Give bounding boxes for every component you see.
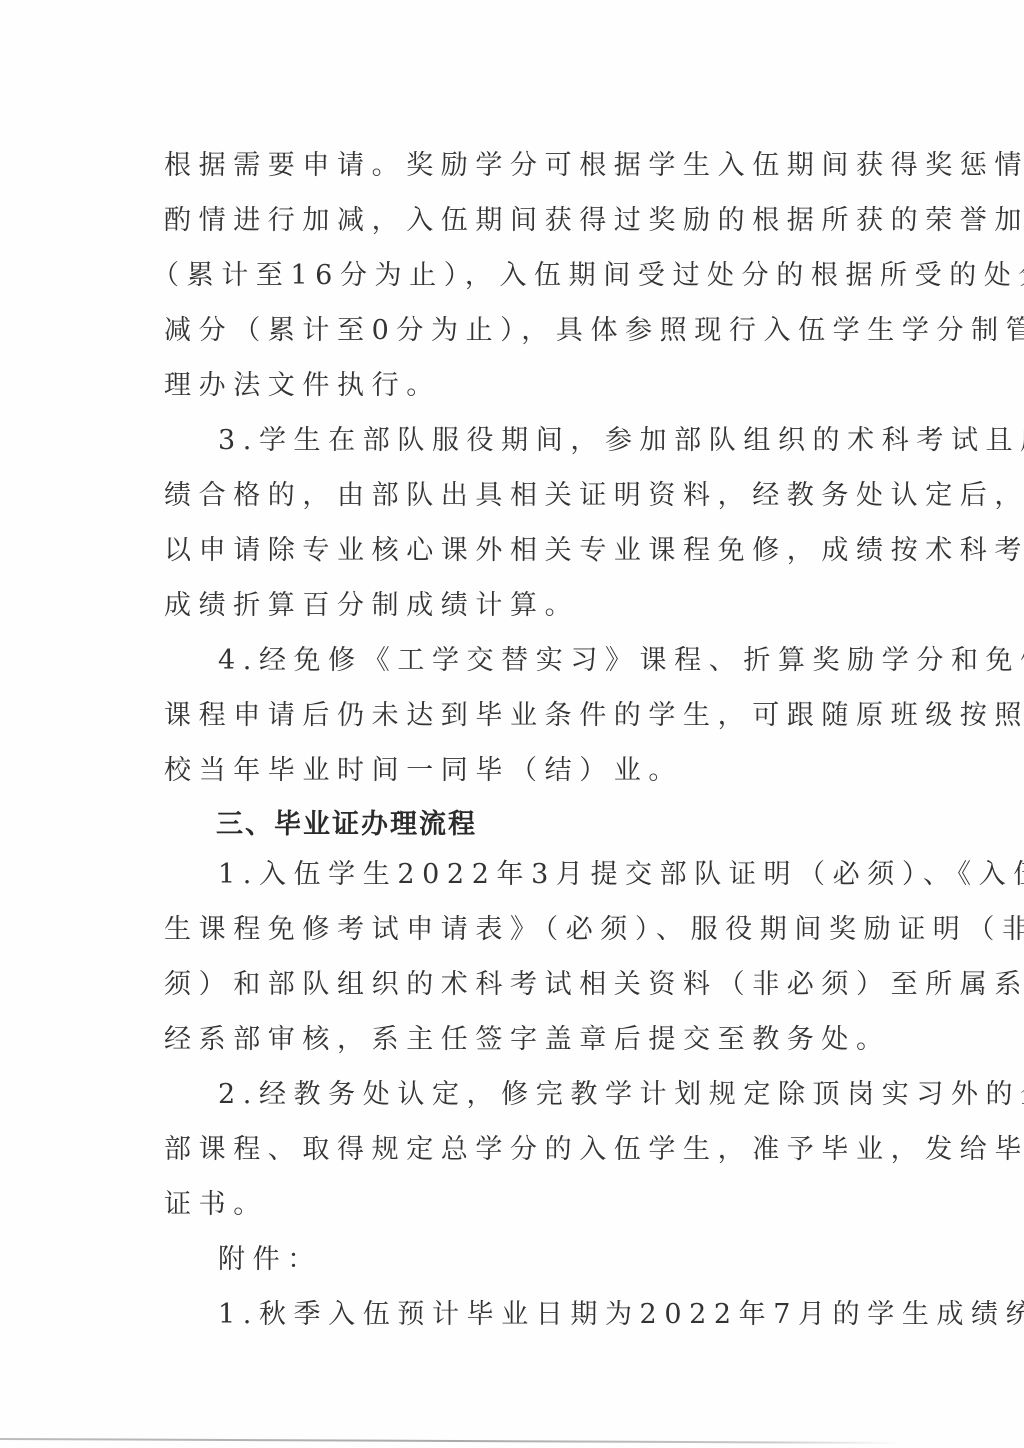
text-line: 以申请除专业核心课外相关专业课程免修，成绩按术科考试 — [164, 523, 872, 578]
text-line: 部课程、取得规定总学分的入伍学生，准予毕业，发给毕业 — [164, 1122, 872, 1177]
text-line: （累计至16分为止），入伍期间受过处分的根据所受的处分 — [152, 248, 872, 303]
text-line: 绩合格的，由部队出具相关证明资料，经教务处认定后，可 — [164, 468, 872, 523]
text-line: 1.入伍学生2022年3月提交部队证明（必须）、《入伍学 — [164, 847, 872, 902]
document-body: 根据需要申请。奖励学分可根据学生入伍期间获得奖惩情况 酌情进行加减，入伍期间获得… — [164, 138, 872, 1342]
text-line: 校当年毕业时间一同毕（结）业。 — [164, 743, 872, 798]
document-page: 根据需要申请。奖励学分可根据学生入伍期间获得奖惩情况 酌情进行加减，入伍期间获得… — [0, 0, 1024, 1448]
section-heading: 三、毕业证办理流程 — [164, 798, 872, 847]
text-line: 理办法文件执行。 — [164, 358, 872, 413]
paragraph-item-4: 4.经免修《工学交替实习》课程、折算奖励学分和免修 课程申请后仍未达到毕业条件的… — [164, 633, 872, 798]
paragraph-process-2: 2.经教务处认定，修完教学计划规定除顶岗实习外的全 部课程、取得规定总学分的入伍… — [164, 1067, 872, 1232]
paragraph-rewards: 根据需要申请。奖励学分可根据学生入伍期间获得奖惩情况 酌情进行加减，入伍期间获得… — [164, 138, 872, 413]
text-line: 须）和部队组织的术科考试相关资料（非必须）至所属系部， — [164, 957, 872, 1012]
text-line: 经系部审核，系主任签字盖章后提交至教务处。 — [164, 1012, 872, 1067]
attachments-list: 1.秋季入伍预计毕业日期为2022年7月的学生成绩统计 — [164, 1287, 872, 1342]
text-line: 根据需要申请。奖励学分可根据学生入伍期间获得奖惩情况 — [164, 138, 872, 193]
text-line: 3.学生在部队服役期间，参加部队组织的术科考试且成 — [164, 413, 872, 468]
text-line: 证书。 — [164, 1177, 872, 1232]
attachments-label: 附件： — [164, 1232, 872, 1287]
attachment-item: 1.秋季入伍预计毕业日期为2022年7月的学生成绩统计 — [164, 1287, 872, 1342]
text-line: 生课程免修考试申请表》（必须）、服役期间奖励证明（非必 — [164, 902, 872, 957]
text-line: 成绩折算百分制成绩计算。 — [164, 578, 872, 633]
paragraph-item-3: 3.学生在部队服役期间，参加部队组织的术科考试且成 绩合格的，由部队出具相关证明… — [164, 413, 872, 633]
text-line: 2.经教务处认定，修完教学计划规定除顶岗实习外的全 — [164, 1067, 872, 1122]
text-line: 课程申请后仍未达到毕业条件的学生，可跟随原班级按照学 — [164, 688, 872, 743]
text-line: 酌情进行加减，入伍期间获得过奖励的根据所获的荣誉加分 — [164, 193, 872, 248]
text-line: 减分（累计至0分为止），具体参照现行入伍学生学分制管 — [164, 303, 872, 358]
text-line: 4.经免修《工学交替实习》课程、折算奖励学分和免修 — [164, 633, 872, 688]
scan-edge-line — [0, 1438, 900, 1444]
paragraph-process-1: 1.入伍学生2022年3月提交部队证明（必须）、《入伍学 生课程免修考试申请表》… — [164, 847, 872, 1067]
text-line: 附件： — [164, 1232, 872, 1287]
